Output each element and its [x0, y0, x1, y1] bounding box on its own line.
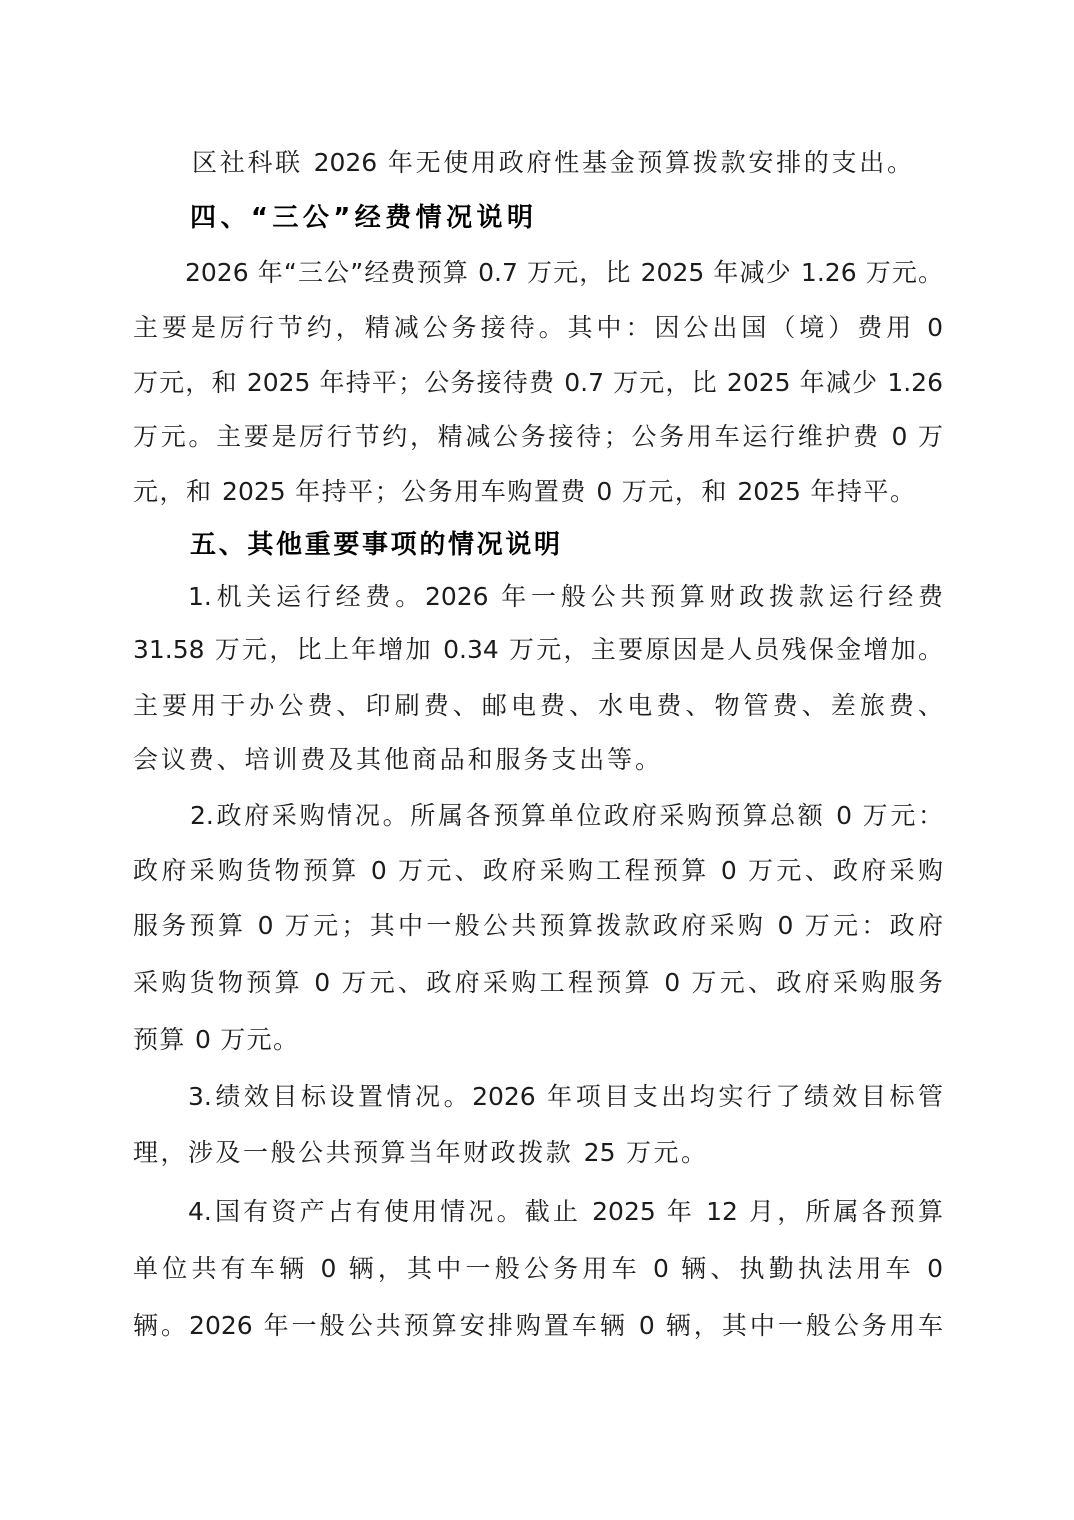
text-line: 31.58 万元，比上年增加 0.34 万元，主要原因是人员残保金增加。 — [133, 634, 943, 666]
text-line: 主要是厉行节约，精减公务接待。其中：因公出国（境）费用 0 — [133, 312, 943, 344]
document-page: 区社科联 2026 年无使用政府性基金预算拨款安排的支出。 四、“三公”经费情况… — [0, 0, 1074, 1520]
section-heading-five: 五、其他重要事项的情况说明 — [190, 529, 560, 561]
section-heading-four: 四、“三公”经费情况说明 — [190, 202, 533, 234]
text-line: 采购货物预算 0 万元、政府采购工程预算 0 万元、政府采购服务 — [133, 967, 943, 999]
text-line: 万元，和 2025 年持平；公务接待费 0.7 万元，比 2025 年减少 1.… — [133, 367, 943, 399]
text-line: 预算 0 万元。 — [133, 1024, 298, 1056]
text-line: 理，涉及一般公共预算当年财政拨款 25 万元。 — [133, 1137, 706, 1169]
text-line: 2026 年“三公”经费预算 0.7 万元，比 2025 年减少 1.26 万元… — [185, 257, 943, 289]
text-line: 政府采购货物预算 0 万元、政府采购工程预算 0 万元、政府采购 — [133, 855, 943, 887]
text-line: 元，和 2025 年持平；公务用车购置费 0 万元，和 2025 年持平。 — [133, 476, 915, 508]
text-line: 单位共有车辆 0 辆，其中一般公务用车 0 辆、执勤执法用车 0 — [133, 1253, 943, 1285]
text-line: 区社科联 2026 年无使用政府性基金预算拨款安排的支出。 — [192, 147, 912, 179]
text-line: 会议费、培训费及其他商品和服务支出等。 — [133, 744, 660, 776]
text-line: 万元。主要是厉行节约，精减公务接待；公务用车运行维护费 0 万 — [133, 421, 943, 453]
text-line: 辆。2026 年一般公共预算安排购置车辆 0 辆，其中一般公务用车 — [133, 1310, 943, 1342]
text-line: 1.机关运行经费。2026 年一般公共预算财政拨款运行经费 — [188, 581, 943, 613]
text-line: 3.绩效目标设置情况。2026 年项目支出均实行了绩效目标管 — [188, 1081, 943, 1113]
text-line: 主要用于办公费、印刷费、邮电费、水电费、物管费、差旅费、 — [133, 690, 943, 722]
text-line: 2.政府采购情况。所属各预算单位政府采购预算总额 0 万元： — [190, 800, 943, 832]
text-line: 4.国有资产占有使用情况。截止 2025 年 12 月，所属各预算 — [188, 1196, 943, 1228]
text-line: 服务预算 0 万元；其中一般公共预算拨款政府采购 0 万元：政府 — [133, 910, 943, 942]
